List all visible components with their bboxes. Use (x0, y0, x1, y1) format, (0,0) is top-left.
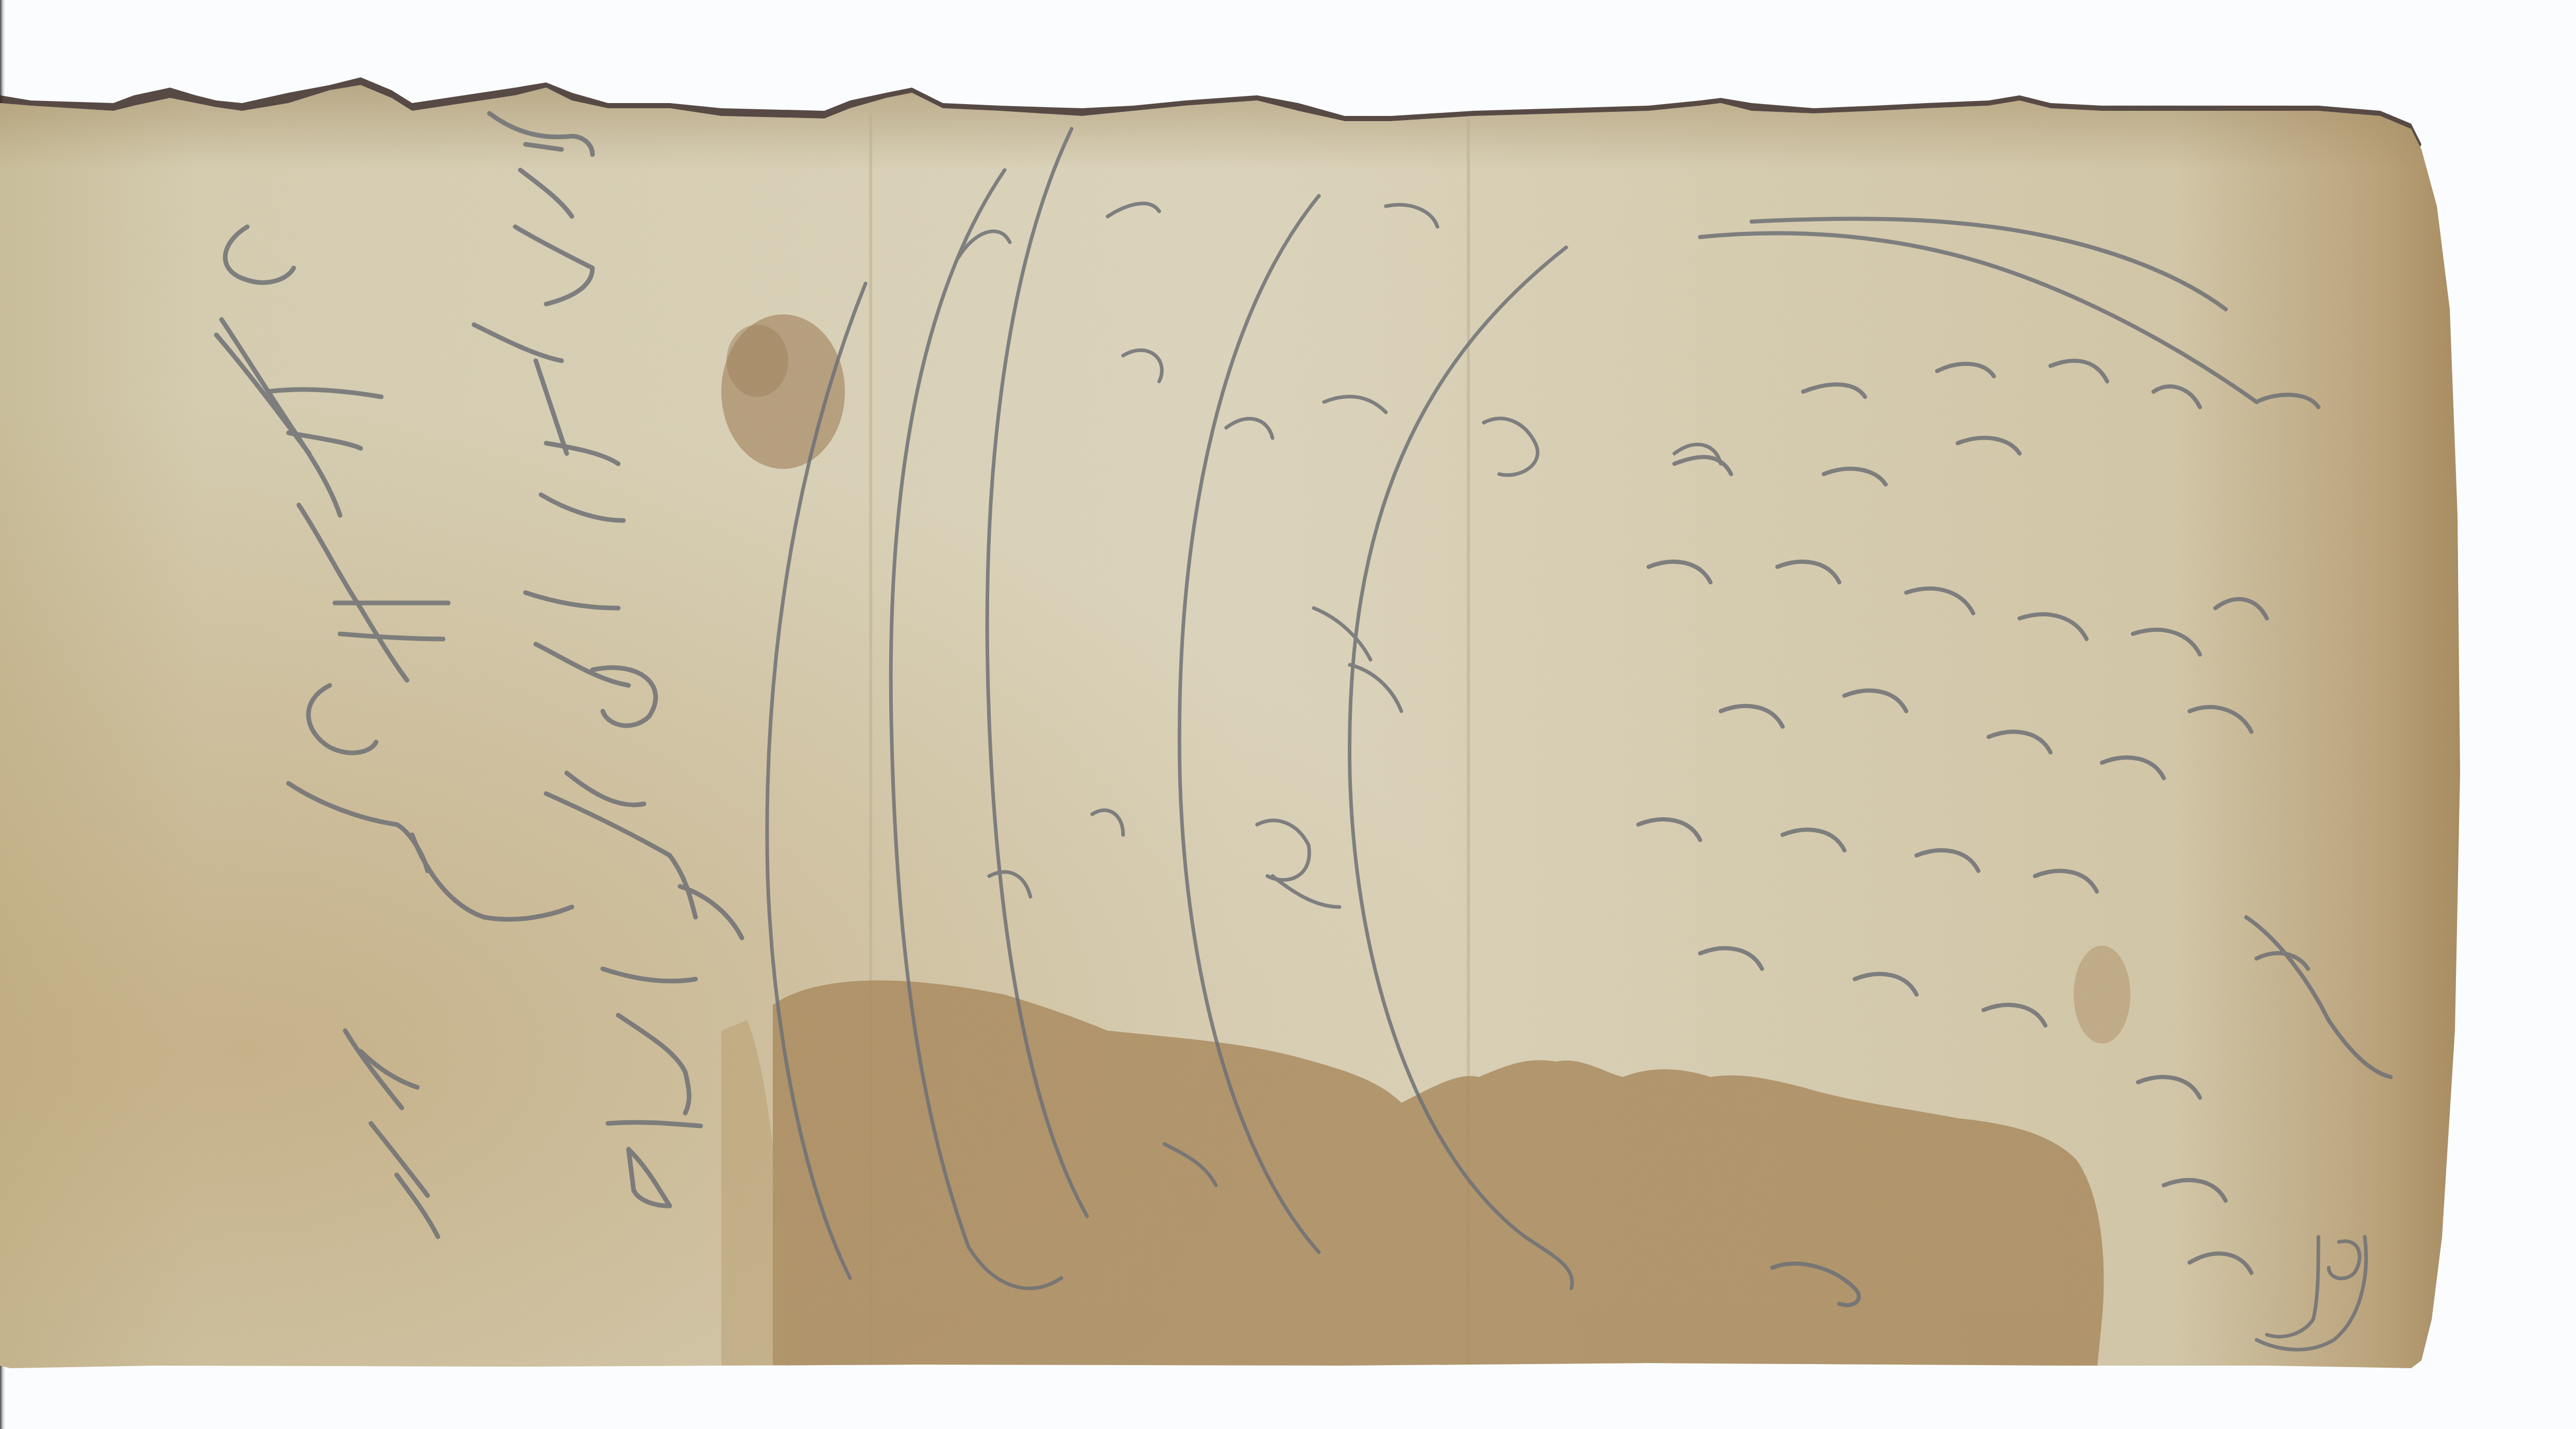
manuscript-sheet (0, 0, 2576, 1429)
manuscript-image (0, 0, 2576, 1429)
